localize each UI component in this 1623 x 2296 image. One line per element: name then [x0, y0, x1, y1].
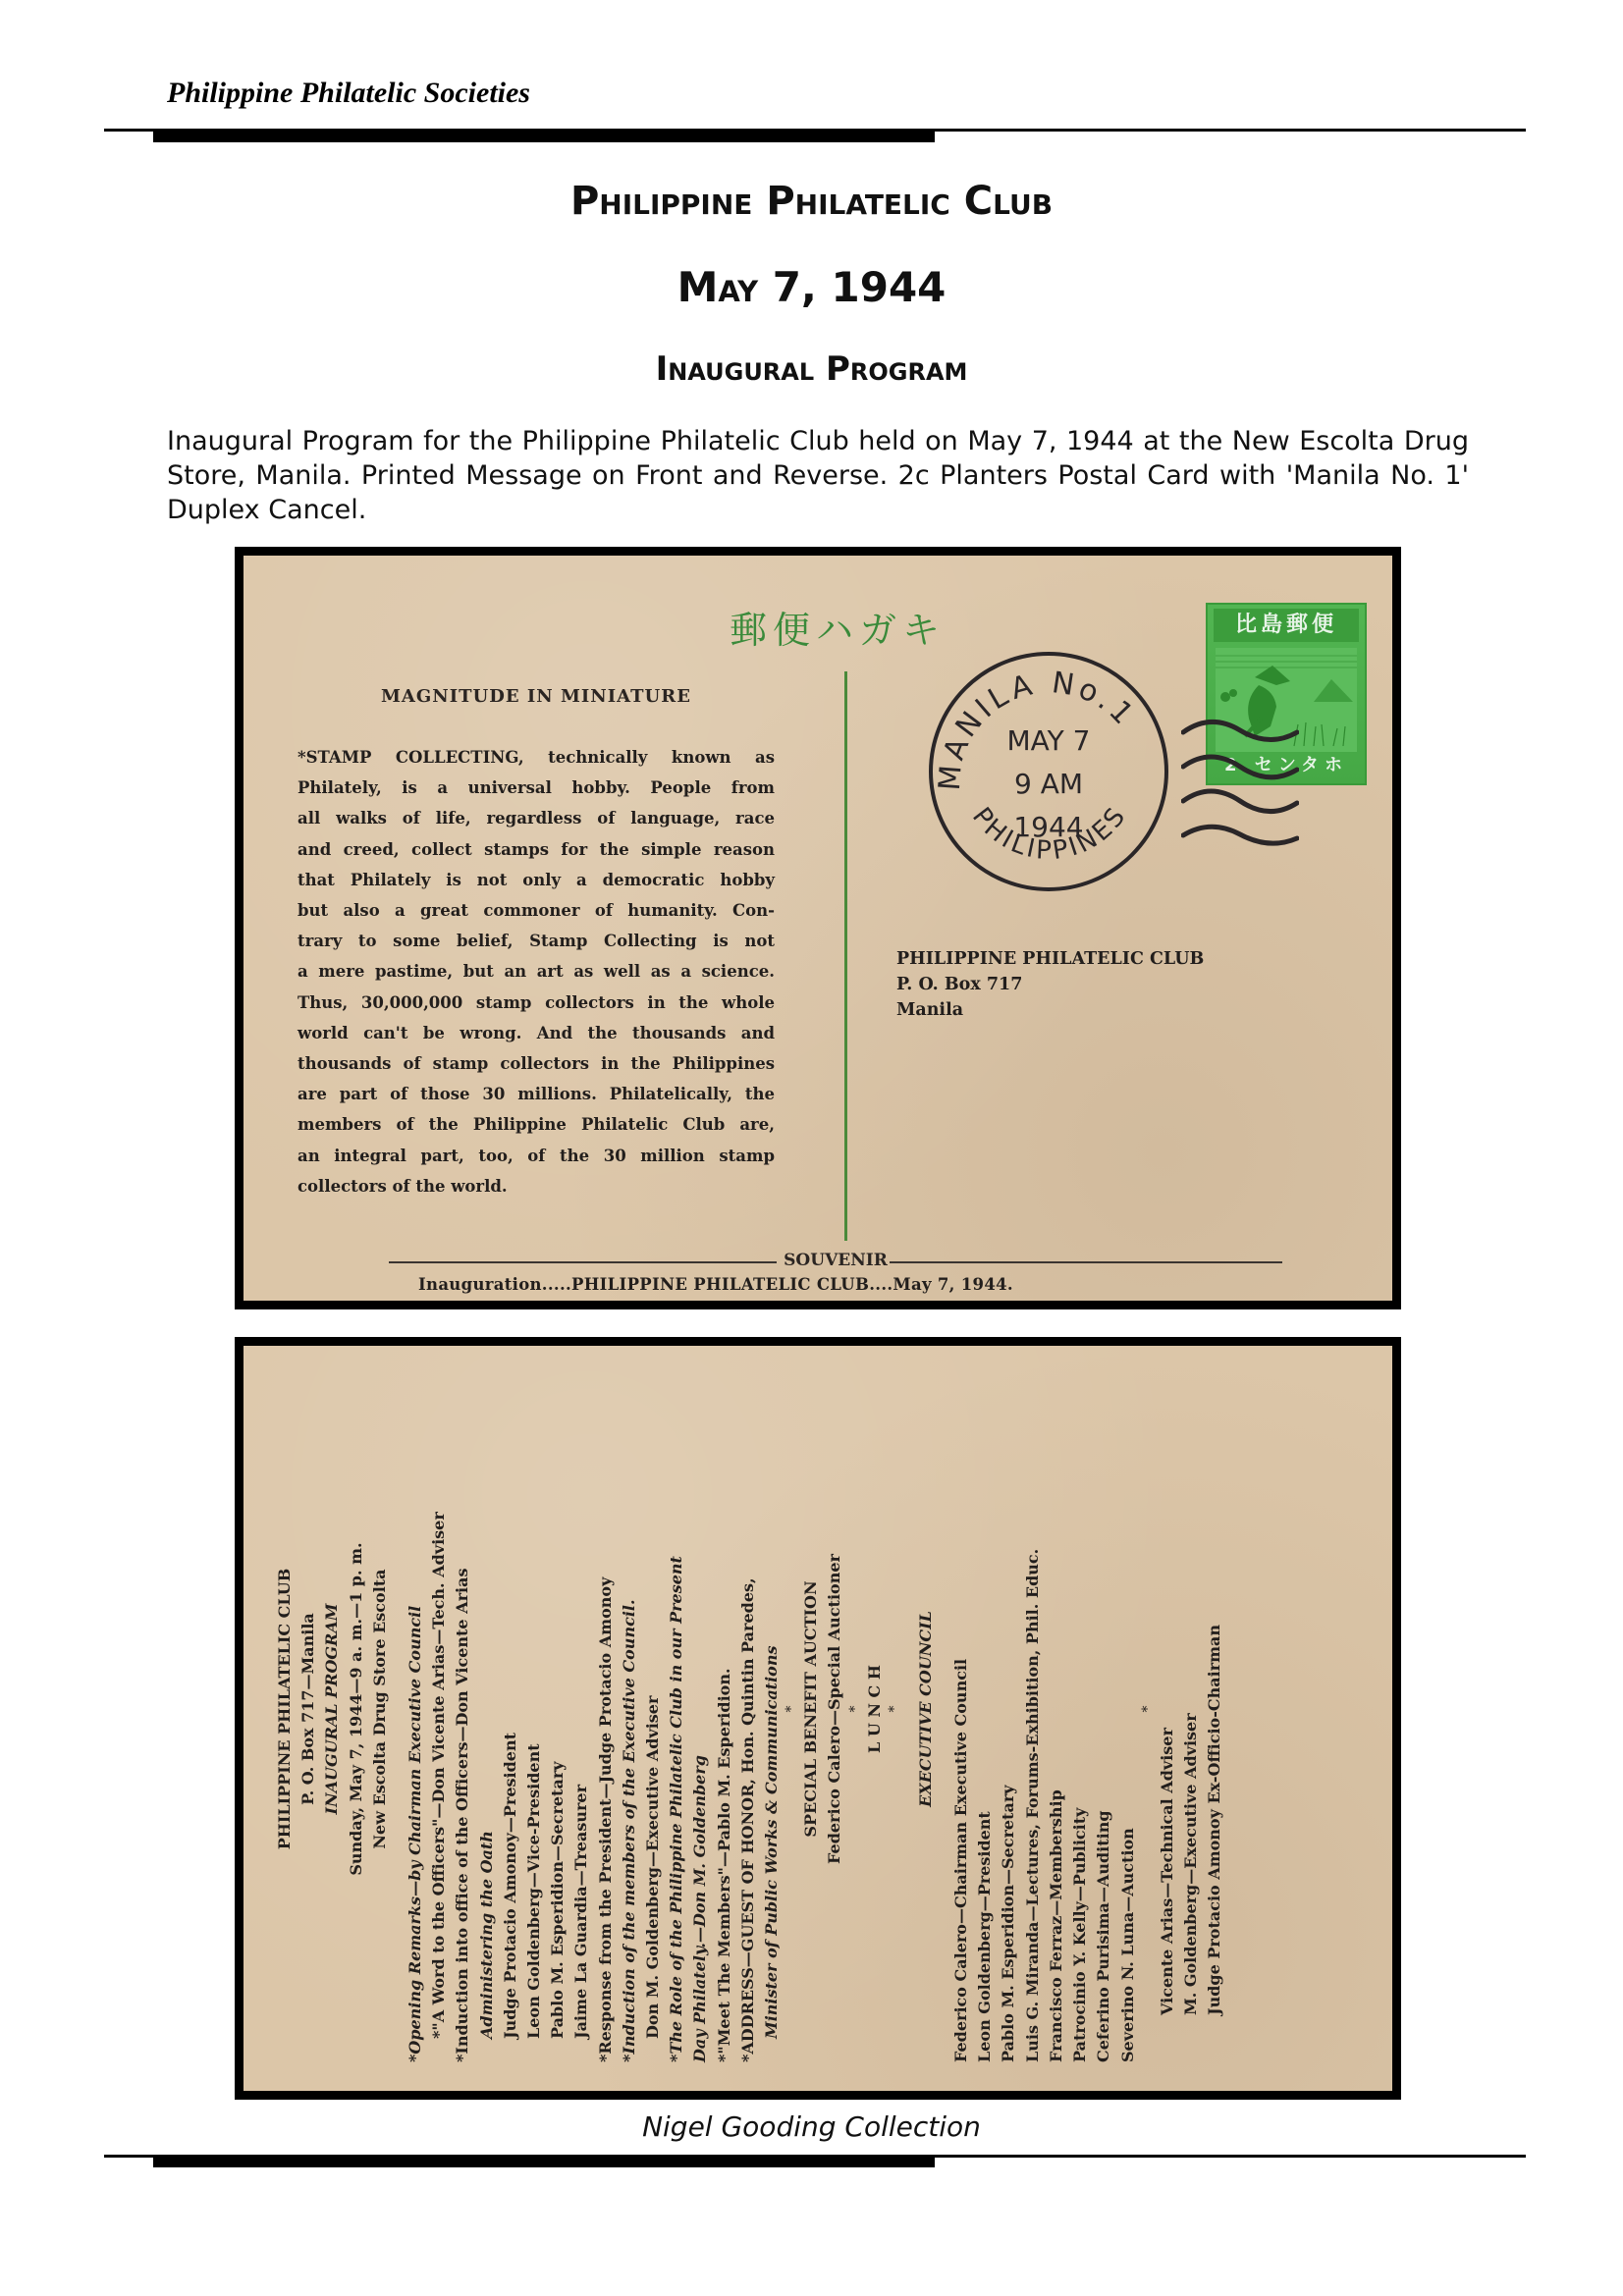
program-item: Administering the Oath [475, 1356, 499, 2062]
footer-rule-thick [153, 2157, 935, 2167]
separator-star: * [1140, 1356, 1156, 2062]
council-member: Ceferino Purisima—Auditing [1092, 1356, 1115, 2062]
council-title: EXECUTIVE COUNCIL [914, 1356, 938, 2062]
council-member: Luis G. Miranda—Lectures, Forums-Exhibit… [1021, 1356, 1045, 2062]
message-line: all walks of life, regardless of languag… [298, 803, 775, 833]
council-member: Patrocinio Y. Kelly—Publicity [1068, 1356, 1092, 2062]
back-venue: New Escolta Drug Store Escolta [368, 1356, 392, 2062]
address-line: PHILIPPINE PHILATELIC CLUB [896, 946, 1204, 972]
souvenir-label: SOUVENIR [389, 1251, 1282, 1270]
message-line: trary to some belief, Stamp Collecting i… [298, 926, 775, 956]
message-line: Thus, 30,000,000 stamp collectors in the… [298, 988, 775, 1018]
address-block: PHILIPPINE PHILATELIC CLUB P. O. Box 717… [896, 946, 1204, 1023]
back-club-name: PHILIPPINE PHILATELIC CLUB [273, 1356, 297, 2062]
cancel-wavy-lines [1181, 713, 1299, 860]
message-line: *STAMP COLLECTING, technically known as [298, 742, 775, 773]
message-line: and creed, collect stamps for the simple… [298, 834, 775, 865]
adviser: M. Goldenberg—Executive Adviser [1179, 1356, 1203, 2062]
card-divider [844, 671, 847, 1241]
program-item: *Response from the President—Judge Prota… [594, 1356, 618, 2062]
postal-card-front: 郵便ハガキ MAGNITUDE IN MINIATURE *STAMP COLL… [235, 547, 1401, 1309]
council-member: Pablo M. Esperidion—Secretary [997, 1356, 1020, 2062]
program-item: *"A Word to the Officers"—Don Vicente Ar… [427, 1356, 451, 2062]
japanese-heading: 郵便ハガキ [730, 600, 946, 654]
message-line: an integral part, too, of the 30 million… [298, 1141, 775, 1171]
svg-text:1944: 1944 [1013, 811, 1083, 843]
postal-card-back: PHILIPPINE PHILATELIC CLUB P. O. Box 717… [235, 1337, 1401, 2100]
message-body: *STAMP COLLECTING, technically known as … [298, 742, 775, 1201]
council-member: Leon Goldenberg—President [973, 1356, 997, 2062]
auctioneer: Federico Calero—Special Auctioner [823, 1356, 846, 2062]
address-line: P. O. Box 717 [896, 972, 1204, 997]
svg-text:9 AM: 9 AM [1014, 768, 1083, 800]
program-item: Jaime La Guardia—Treasurer [569, 1356, 593, 2062]
page-date: May 7, 1944 [0, 263, 1623, 311]
message-line: are part of those 30 millions. Philateli… [298, 1079, 775, 1109]
program-item: *The Role of the Philippine Philatelic C… [665, 1356, 688, 2062]
separator-star: * [847, 1356, 863, 2062]
program-item: Pablo M. Esperidion—Secretary [546, 1356, 569, 2062]
program-text-rotated: PHILIPPINE PHILATELIC CLUB P. O. Box 717… [273, 1337, 1401, 2082]
message-line: collectors of the world. [298, 1171, 775, 1201]
message-line: but also a great commoner of humanity. C… [298, 895, 775, 926]
message-line: thousands of stamp collectors in the Phi… [298, 1048, 775, 1079]
council-member: Francisco Ferraz—Membership [1045, 1356, 1068, 2062]
program-item: *Induction of the members of the Executi… [618, 1356, 641, 2062]
council-member: Federico Calero—Chairman Executive Counc… [949, 1356, 973, 2062]
auction-title: SPECIAL BENEFIT AUCTION [799, 1356, 823, 2062]
program-item: *Induction into office of the Officers—D… [451, 1356, 474, 2062]
stamp-title: 比島郵便 [1214, 609, 1359, 642]
council-member: Severino N. Luna—Auction [1116, 1356, 1140, 2062]
back-date-time: Sunday, May 7, 1944—9 a. m.—1 p. m. [345, 1356, 368, 2062]
separator-star: * [784, 1356, 799, 2062]
message-line: that Philately is not only a democratic … [298, 865, 775, 895]
svg-text:MAY 7: MAY 7 [1007, 724, 1091, 757]
lunch: L U N C H [863, 1356, 887, 2062]
program-item: *ADDRESS—GUEST OF HONOR, Hon. Quintin Pa… [736, 1356, 760, 2062]
program-item: Leon Goldenberg—Vice-President [522, 1356, 546, 2062]
page-title: Philippine Philatelic Club [0, 179, 1623, 224]
description: Inaugural Program for the Philippine Phi… [167, 424, 1469, 527]
collection-caption: Nigel Gooding Collection [0, 2110, 1623, 2143]
adviser: Judge Protacio Amonoy Ex-Officio-Chairma… [1203, 1356, 1226, 2062]
back-po-box: P. O. Box 717—Manila [297, 1356, 320, 2062]
separator-star: * [887, 1356, 902, 2062]
running-header: Philippine Philatelic Societies [167, 77, 530, 110]
message-heading: MAGNITUDE IN MINIATURE [381, 686, 691, 707]
souvenir-rule: SOUVENIR [389, 1253, 1282, 1272]
program-item: Judge Protacio Amonoy—President [499, 1356, 522, 2062]
program-item: *Opening Remarks—by Chairman Executive C… [404, 1356, 427, 2062]
message-line: members of the Philippine Philatelic Clu… [298, 1109, 775, 1140]
souvenir-text: Inauguration.....PHILIPPINE PHILATELIC C… [418, 1275, 1013, 1294]
section-title: Inaugural Program [0, 349, 1623, 389]
program-item: *"Meet The Members"—Pablo M. Esperidion. [713, 1356, 736, 2062]
adviser: Vicente Arias—Technical Adviser [1156, 1356, 1179, 2062]
program-item: Don M. Goldenberg—Executive Adviser [641, 1356, 665, 2062]
program-item: Minister of Public Works & Communication… [760, 1356, 784, 2062]
back-program-title: INAUGURAL PROGRAM [320, 1356, 344, 2062]
program-item: Day Philately.—Don M. Goldenberg [688, 1356, 712, 2062]
header-rule-thick [153, 132, 935, 142]
message-line: Philately, is a universal hobby. People … [298, 773, 775, 803]
message-line: world can't be wrong. And the thousands … [298, 1018, 775, 1048]
manila-postmark: MANILA No.1 PHILIPPINES MAY 7 9 AM 1944 [921, 644, 1176, 899]
address-line: Manila [896, 997, 1204, 1023]
message-line: a mere pastime, but an art as well as a … [298, 956, 775, 987]
